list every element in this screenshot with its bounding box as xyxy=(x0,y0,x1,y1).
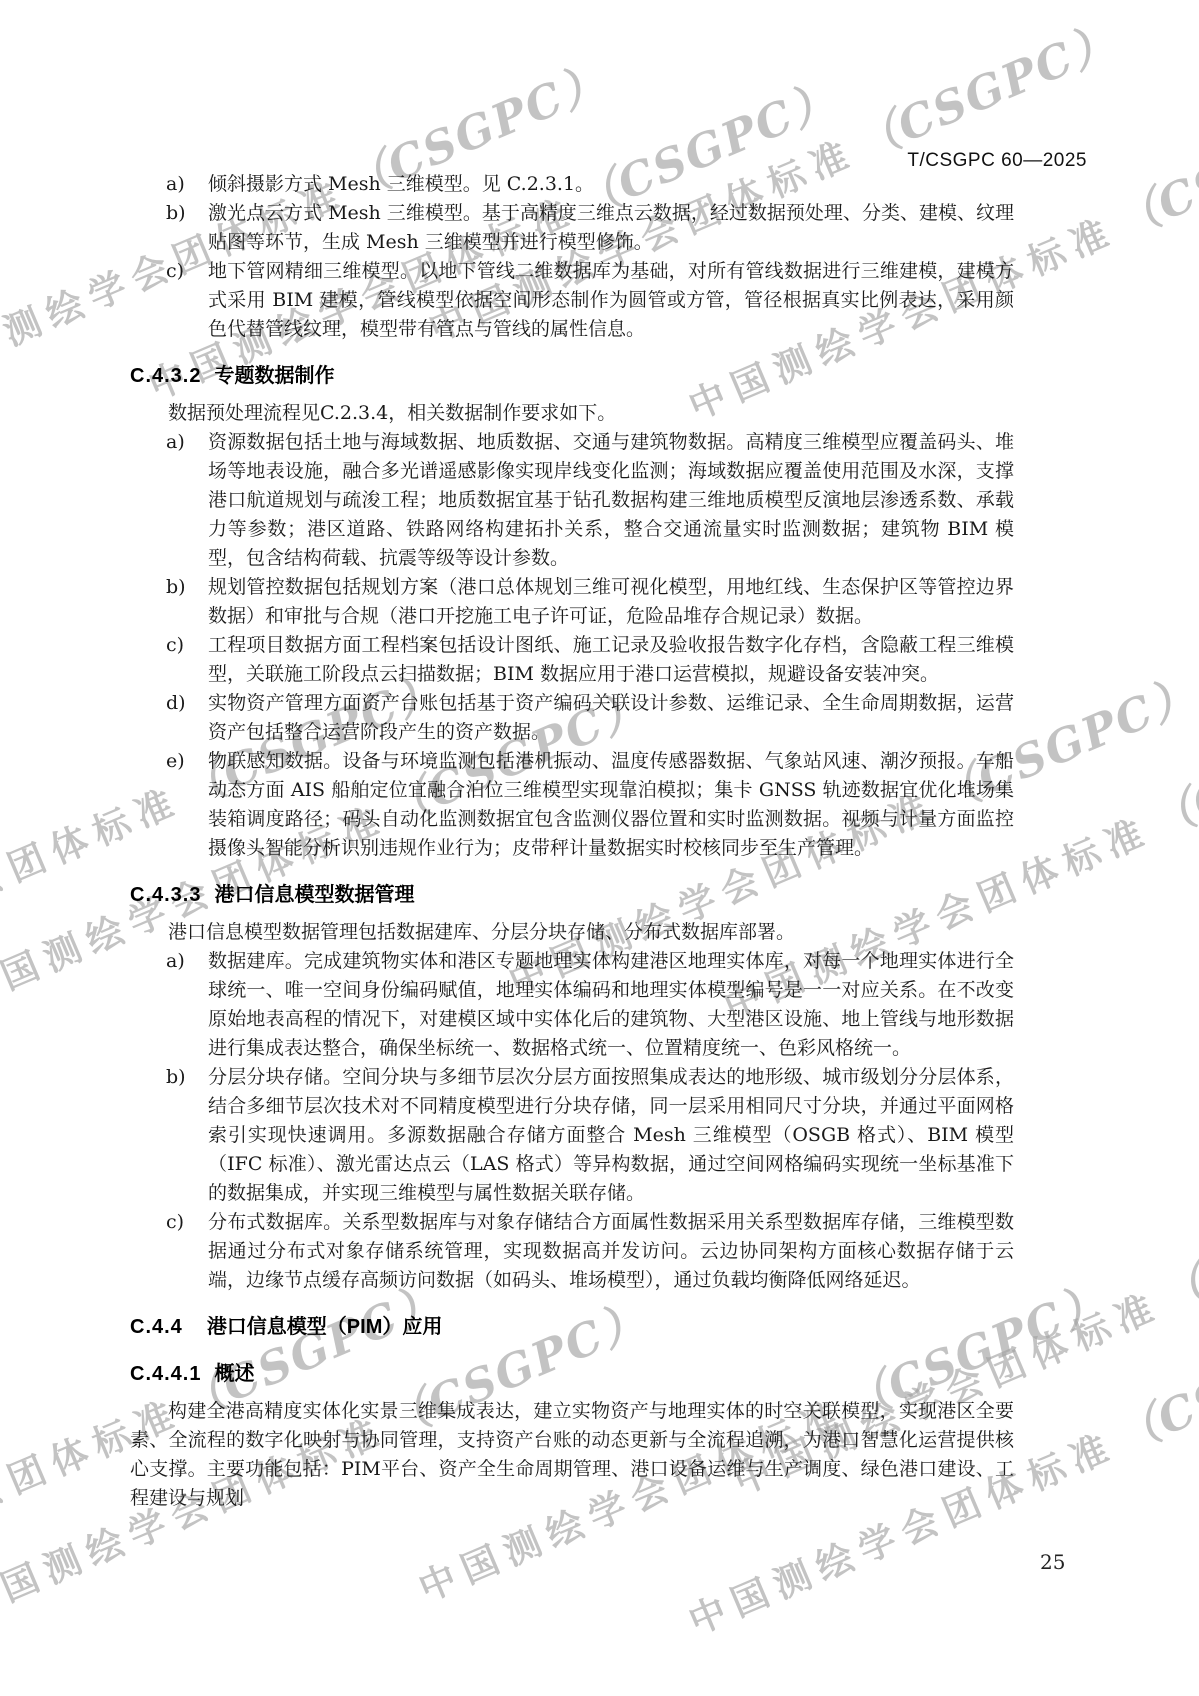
section-number: C.4.3.3 xyxy=(130,884,201,906)
list-item: d) 实物资产管理方面资产台账包括基于资产编码关联设计参数、运维记录、全生命周期… xyxy=(130,689,1014,747)
section-heading-c432: C.4.3.2专题数据制作 xyxy=(130,362,1014,391)
section-title: 港口信息模型（PIM）应用 xyxy=(207,1316,443,1338)
list-item-text: 分布式数据库。关系型数据库与对象存储结合方面属性数据采用关系型数据库存储，三维模… xyxy=(208,1211,1014,1291)
section-number: C.4.4 xyxy=(130,1316,183,1338)
overview-paragraph: 构建全港高精度实体化实景三维集成表达，建立实物资产与地理实体的时空关联模型，实现… xyxy=(130,1397,1014,1513)
list-item: b) 激光点云方式 Mesh 三维模型。基于高精度三维点云数据，经过数据预处理、… xyxy=(130,199,1014,257)
watermark-suffix: （CSGPC） xyxy=(846,12,1125,170)
list-item-text: 倾斜摄影方式 Mesh 三维模型。见 C.2.3.1。 xyxy=(208,173,594,195)
list-item: a) 数据建库。完成建筑物实体和港区专题地理实体构建港区地理实体库，对每一个地理… xyxy=(130,947,1014,1063)
document-content: a) 倾斜摄影方式 Mesh 三维模型。见 C.2.3.1。 b) 激光点云方式… xyxy=(130,170,1014,1513)
list-item: b) 分层分块存储。空间分块与多细节层次分层方面按照集成表达的地形级、城市级划分… xyxy=(130,1063,1014,1208)
list-item: e) 物联感知数据。设备与环境监测包括港机振动、温度传感器数据、气象站风速、潮汐… xyxy=(130,747,1014,863)
list-item-label: d) xyxy=(166,689,186,718)
section-title: 港口信息模型数据管理 xyxy=(214,884,414,906)
section-heading-c441: C.4.4.1概述 xyxy=(130,1360,1014,1389)
list-item-text: 实物资产管理方面资产台账包括基于资产编码关联设计参数、运维记录、全生命周期数据，… xyxy=(208,692,1014,743)
watermark-suffix: （CSGPC） xyxy=(1151,1165,1199,1323)
list-item-text: 物联感知数据。设备与环境监测包括港机振动、温度传感器数据、气象站风速、潮汐预报。… xyxy=(208,750,1014,859)
list-item: b) 规划管控数据包括规划方案（港口总体规划三维可视化模型，用地红线、生态保护区… xyxy=(130,573,1014,631)
list-item-text: 数据建库。完成建筑物实体和港区专题地理实体构建港区地理实体库，对每一个地理实体进… xyxy=(208,950,1014,1059)
section-heading-c44: C.4.4港口信息模型（PIM）应用 xyxy=(130,1313,1014,1342)
list-item-label: a) xyxy=(166,947,185,976)
list-item: c) 分布式数据库。关系型数据库与对象存储结合方面属性数据采用关系型数据库存储，… xyxy=(130,1208,1014,1295)
list-item-label: b) xyxy=(166,199,186,228)
watermark-suffix: （CSGPC） xyxy=(1106,1305,1199,1463)
list-item-text: 工程项目数据方面工程档案包括设计图纸、施工记录及验收报告数字化存档，含隐蔽工程三… xyxy=(208,634,1014,685)
list-item: c) 工程项目数据方面工程档案包括设计图纸、施工记录及验收报告数字化存档，含隐蔽… xyxy=(130,631,1014,689)
list-item-label: a) xyxy=(166,170,185,199)
list-item: c) 地下管网精细三维模型。以地下管线二维数据库为基础，对所有管线数据进行三维建… xyxy=(130,257,1014,344)
list-item-text: 资源数据包括土地与海域数据、地质数据、交通与建筑物数据。高精度三维模型应覆盖码头… xyxy=(208,431,1014,569)
page-number: 25 xyxy=(1040,1550,1065,1574)
section-title: 概述 xyxy=(214,1363,254,1385)
list-item: a) 倾斜摄影方式 Mesh 三维模型。见 C.2.3.1。 xyxy=(130,170,1014,199)
watermark-suffix: （CSGPC） xyxy=(1141,690,1199,848)
section-lead: 数据预处理流程见C.2.3.4，相关数据制作要求如下。 xyxy=(130,399,1014,428)
list-item-label: b) xyxy=(166,1063,186,1092)
list-item-label: c) xyxy=(166,631,184,660)
section-number: C.4.3.2 xyxy=(130,365,201,387)
list-item-label: c) xyxy=(166,257,184,286)
section-title: 专题数据制作 xyxy=(214,365,334,387)
section-lead: 港口信息模型数据管理包括数据建库、分层分块存储、分布式数据库部署。 xyxy=(130,918,1014,947)
document-page: 中国测绘学会团体标准（CSGPC） 中国测绘学会团体标准（CSGPC） 中国测绘… xyxy=(0,0,1199,1696)
list-item-label: c) xyxy=(166,1208,184,1237)
list-item-label: a) xyxy=(166,428,185,457)
list-item-text: 规划管控数据包括规划方案（港口总体规划三维可视化模型，用地红线、生态保护区等管控… xyxy=(208,576,1014,627)
section-heading-c433: C.4.3.3港口信息模型数据管理 xyxy=(130,881,1014,910)
watermark-suffix: （CSGPC） xyxy=(1106,90,1199,248)
list-item-text: 分层分块存储。空间分块与多细节层次分层方面按照集成表达的地形级、城市级划分分层体… xyxy=(208,1066,1014,1204)
list-item-label: b) xyxy=(166,573,186,602)
list-item-text: 地下管网精细三维模型。以地下管线二维数据库为基础，对所有管线数据进行三维建模，建… xyxy=(208,260,1014,340)
list-item-text: 激光点云方式 Mesh 三维模型。基于高精度三维点云数据，经过数据预处理、分类、… xyxy=(208,202,1014,253)
list-item-label: e) xyxy=(166,747,185,776)
section-number: C.4.4.1 xyxy=(130,1363,201,1385)
doc-code-header: T/CSGPC 60—2025 xyxy=(907,150,1087,172)
list-item: a) 资源数据包括土地与海域数据、地质数据、交通与建筑物数据。高精度三维模型应覆… xyxy=(130,428,1014,573)
